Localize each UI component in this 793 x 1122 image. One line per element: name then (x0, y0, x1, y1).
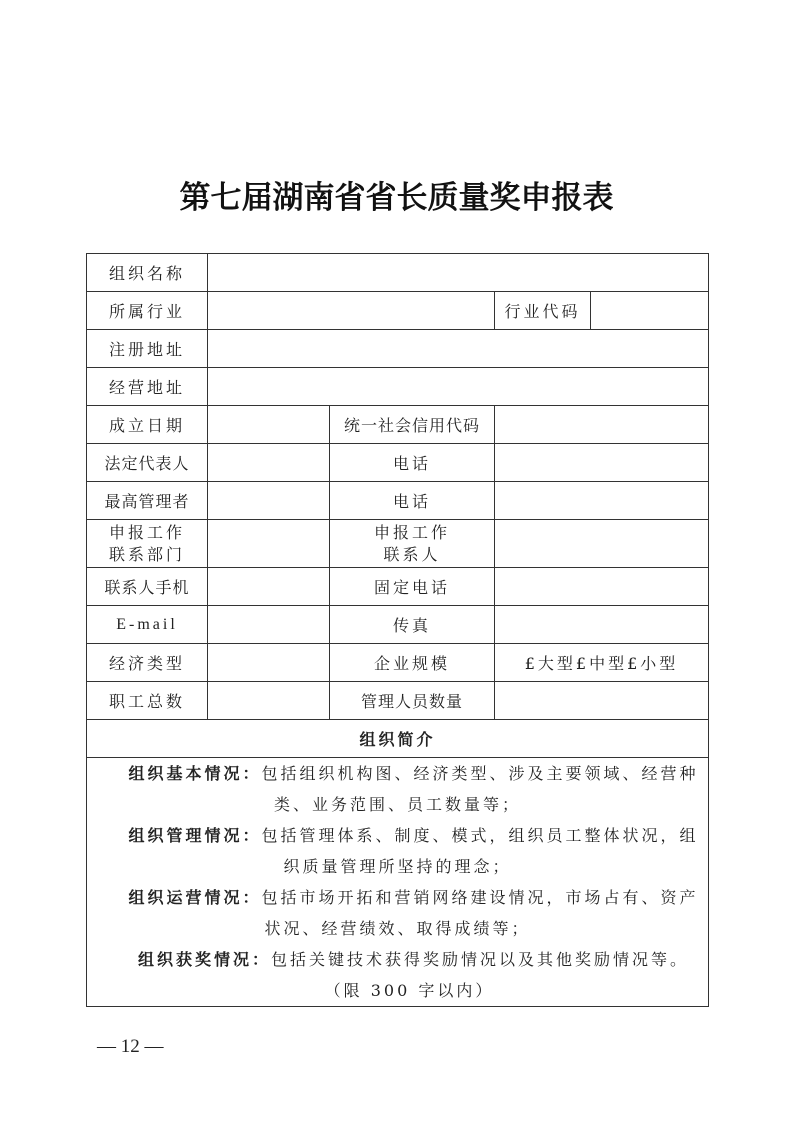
field-industry[interactable] (208, 292, 495, 330)
form-row-business-address: 经营地址 (87, 368, 709, 406)
page-number: — 12 — (97, 1036, 164, 1058)
label-credit-code: 统一社会信用代码 (330, 406, 495, 444)
page-title: 第七届湖南省省长质量奖申报表 (0, 172, 793, 217)
intro-heading-management: 组织管理情况： (128, 826, 261, 845)
form-row-contact-mobile: 联系人手机 固定电话 (87, 568, 709, 606)
field-registered-address[interactable] (208, 330, 709, 368)
field-contact-mobile[interactable] (208, 568, 330, 606)
label-industry-code: 行业代码 (495, 292, 591, 330)
label-enterprise-scale: 企业规模 (330, 644, 495, 682)
form-row-intro: 组织基本情况：包括组织机构图、经济类型、涉及主要领域、经营种类、业务范围、员工数… (87, 758, 709, 1007)
label-fax: 传真 (330, 606, 495, 644)
form-row-industry: 所属行业 行业代码 (87, 292, 709, 330)
label-industry: 所属行业 (87, 292, 208, 330)
enterprise-scale-checkboxes[interactable]: £大型£中型£小型 (495, 644, 709, 682)
application-form-table: 组织名称 所属行业 行业代码 注册地址 经营地址 成立日期 统一社会信用代码 法… (86, 253, 709, 1007)
label-top-manager-phone: 电话 (330, 482, 495, 520)
label-economic-type: 经济类型 (87, 644, 208, 682)
intro-text-operations: 包括市场开拓和营销网络建设情况，市场占有、资产状况、经营绩效、取得成绩等； (262, 888, 699, 938)
field-email[interactable] (208, 606, 330, 644)
intro-text-basic: 包括组织机构图、经济类型、涉及主要领域、经营种类、业务范围、员工数量等； (262, 764, 699, 814)
label-founding-date: 成立日期 (87, 406, 208, 444)
label-landline: 固定电话 (330, 568, 495, 606)
org-intro-content[interactable]: 组织基本情况：包括组织机构图、经济类型、涉及主要领域、经营种类、业务范围、员工数… (87, 758, 709, 1007)
form-row-registered-address: 注册地址 (87, 330, 709, 368)
form-row-employees: 职工总数 管理人员数量 (87, 682, 709, 720)
field-manager-count[interactable] (495, 682, 709, 720)
intro-paragraph-management: 组织管理情况：包括管理体系、制度、模式，组织员工整体状况，组织质量管理所坚持的理… (87, 820, 708, 882)
field-credit-code[interactable] (495, 406, 709, 444)
intro-heading-basic: 组织基本情况： (128, 764, 261, 783)
label-contact-dept: 申报工作联系部门 (87, 520, 208, 568)
field-contact-dept[interactable] (208, 520, 330, 568)
label-email: E-mail (87, 606, 208, 644)
field-fax[interactable] (495, 606, 709, 644)
field-industry-code[interactable] (591, 292, 709, 330)
intro-paragraph-operations: 组织运营情况：包括市场开拓和营销网络建设情况，市场占有、资产状况、经营绩效、取得… (87, 882, 708, 944)
field-legal-rep-phone[interactable] (495, 444, 709, 482)
label-contact-mobile: 联系人手机 (87, 568, 208, 606)
intro-paragraph-awards: 组织获奖情况：包括关键技术获得奖励情况以及其他奖励情况等。 (87, 944, 708, 975)
form-row-email: E-mail 传真 (87, 606, 709, 644)
label-contact-dept-line1: 申报工作 (109, 523, 185, 542)
label-contact-dept-line2: 联系部门 (109, 545, 185, 564)
intro-heading-awards: 组织获奖情况： (138, 950, 271, 969)
form-row-founding-date: 成立日期 统一社会信用代码 (87, 406, 709, 444)
form-row-legal-rep: 法定代表人 电话 (87, 444, 709, 482)
label-org-name: 组织名称 (87, 254, 208, 292)
form-row-org-name: 组织名称 (87, 254, 709, 292)
label-contact-person-line2: 联系人 (383, 545, 440, 564)
field-legal-rep[interactable] (208, 444, 330, 482)
intro-word-limit-note: （限 300 字以内） (87, 975, 708, 1006)
intro-text-awards: 包括关键技术获得奖励情况以及其他奖励情况等。 (271, 950, 689, 969)
intro-paragraph-basic: 组织基本情况：包括组织机构图、经济类型、涉及主要领域、经营种类、业务范围、员工数… (87, 758, 708, 820)
label-registered-address: 注册地址 (87, 330, 208, 368)
label-contact-person: 申报工作联系人 (330, 520, 495, 568)
label-manager-count: 管理人员数量 (330, 682, 495, 720)
label-contact-person-line1: 申报工作 (374, 523, 450, 542)
field-landline[interactable] (495, 568, 709, 606)
label-business-address: 经营地址 (87, 368, 208, 406)
field-founding-date[interactable] (208, 406, 330, 444)
form-row-section-title: 组织简介 (87, 720, 709, 758)
field-economic-type[interactable] (208, 644, 330, 682)
intro-text-management: 包括管理体系、制度、模式，组织员工整体状况，组织质量管理所坚持的理念； (262, 826, 699, 876)
form-row-contact-dept: 申报工作联系部门 申报工作联系人 (87, 520, 709, 568)
section-title-org-intro: 组织简介 (87, 720, 709, 758)
form-row-economic-type: 经济类型 企业规模 £大型£中型£小型 (87, 644, 709, 682)
field-total-employees[interactable] (208, 682, 330, 720)
label-top-manager: 最高管理者 (87, 482, 208, 520)
label-legal-rep: 法定代表人 (87, 444, 208, 482)
intro-heading-operations: 组织运营情况： (128, 888, 261, 907)
label-total-employees: 职工总数 (87, 682, 208, 720)
label-legal-rep-phone: 电话 (330, 444, 495, 482)
field-contact-person[interactable] (495, 520, 709, 568)
field-top-manager-phone[interactable] (495, 482, 709, 520)
field-business-address[interactable] (208, 368, 709, 406)
field-top-manager[interactable] (208, 482, 330, 520)
field-org-name[interactable] (208, 254, 709, 292)
form-row-top-manager: 最高管理者 电话 (87, 482, 709, 520)
